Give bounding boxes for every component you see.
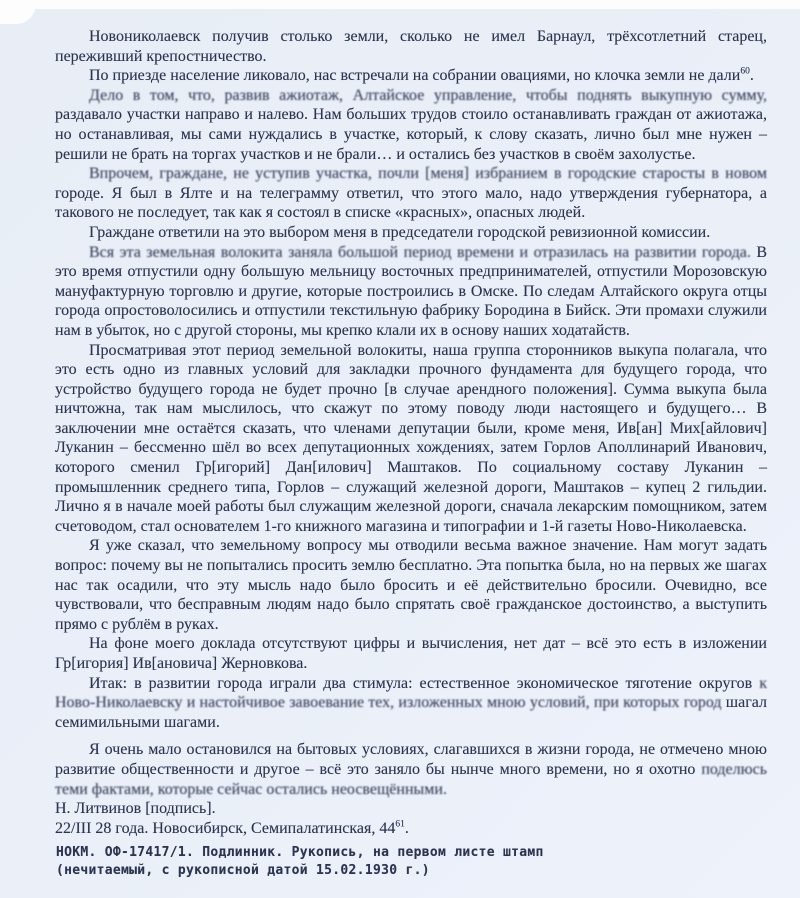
paragraph: Впрочем, граждане, не уступив участка, п… [55,164,767,223]
paragraph: Новониколаевск получив столько земли, ск… [55,27,767,66]
archive-note: НОКМ. ОФ-17417/1. Подлинник. Рукопись, н… [56,844,544,880]
scan-edge-top [0,0,800,9]
paragraph: Граждане ответили на это выбором меня в … [55,223,767,243]
text-segment: Н. Литвинов [подпись]. [55,800,216,817]
text-segment: Итак: в развитии города играли два стиму… [89,675,759,692]
text-segment: Просматривая этот период земельной волок… [55,342,767,535]
paragraph: Я очень мало остановился на бытовых усло… [55,740,767,799]
text-segment: 22/III 28 года. Новосибирск, Семипалатин… [55,820,395,837]
footnote-ref: 61 [395,819,405,829]
text-segment: Граждане ответили на это выбором меня в … [89,224,710,241]
text-segment: раздавало участки направо и налево. Нам … [55,106,767,162]
text-segment: городе. Я был в Ялте и на телеграмму отв… [55,185,767,222]
text-segment: Я очень мало остановился на бытовых усло… [55,741,767,778]
paragraph: Дело в том, что, развив ажиотаж, Алтайск… [55,86,767,164]
paragraph: На фоне моего доклада отсутствуют цифры … [55,634,767,673]
text-segment: Впрочем, граждане, не уступив участка, п… [89,165,767,182]
text-segment: Новониколаевск получив столько земли, ск… [55,28,767,65]
text-segment: Дело в том, что, развив ажиотаж, Алтайск… [89,87,767,104]
text-segment: На фоне моего доклада отсутствуют цифры … [55,635,767,672]
text-segment: По приезде население ликовало, нас встре… [89,67,740,84]
archive-note-line: (нечитаемый, с рукописной датой 15.02.19… [56,862,544,880]
paragraph: Итак: в развитии города играли два стиму… [55,674,767,733]
paragraph: Вся эта земельная волокита заняла большо… [55,243,767,341]
paragraph: Н. Литвинов [подпись]. [55,799,767,819]
scanned-page: Новониколаевск получив столько земли, ск… [0,0,800,898]
text-segment: . [750,67,754,84]
archive-note-line: НОКМ. ОФ-17417/1. Подлинник. Рукопись, н… [56,844,544,862]
text-segment: Я уже сказал, что земельному вопросу мы … [55,537,767,632]
paragraph: Я уже сказал, что земельному вопросу мы … [55,536,767,634]
footnote-ref: 60 [740,67,750,77]
text-segment: Вся эта земельная волокита заняла большо… [89,244,756,261]
paragraph: 22/III 28 года. Новосибирск, Семипалатин… [55,819,767,839]
document-body: Новониколаевск получив столько земли, ск… [55,27,767,838]
paragraph: По приезде население ликовало, нас встре… [55,66,767,86]
text-segment: . [405,820,409,837]
scan-corner [0,0,36,24]
paragraph: Просматривая этот период земельной волок… [55,341,767,537]
